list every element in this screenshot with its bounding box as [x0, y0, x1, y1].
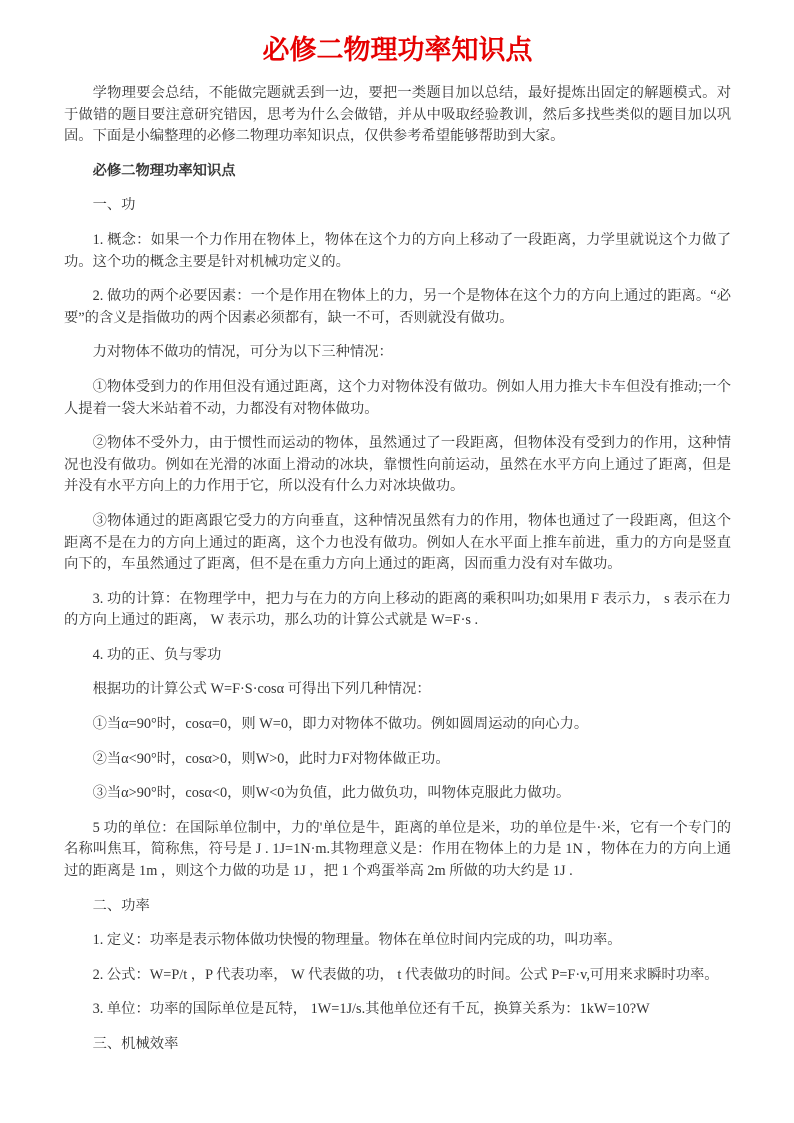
- paragraph-no-work-case-2: ②物体不受外力，由于惯性而运动的物体，虽然通过了一段距离，但物体没有受到力的作用…: [64, 433, 731, 498]
- heading-section-1-work: 一、功: [64, 195, 731, 217]
- paragraph-case-alpha-lt-90: ②当α<90°时，cosα>0，则W>0，此时力F对物体做正功。: [64, 749, 731, 771]
- paragraph-work-calculation: 3. 功的计算：在物理学中，把力与在力的方向上移动的距离的乘积叫功;如果用 F …: [64, 589, 731, 632]
- heading-work-positive-negative-zero: 4. 功的正、负与零功: [64, 645, 731, 667]
- paragraph-no-work-case-3: ③物体通过的距离跟它受力的方向垂直，这种情况虽然有力的作用，物体也通过了一段距离…: [64, 511, 731, 576]
- paragraph-power-formula: 2. 公式：W=P/t ，P 代表功率， W 代表做的功， t 代表做功的时间。…: [64, 965, 731, 987]
- paragraph-work-two-factors: 2. 做功的两个必要因素：一个是作用在物体上的力，另一个是物体在这个力的方向上通…: [64, 286, 731, 329]
- paragraph-no-work-intro: 力对物体不做功的情况，可分为以下三种情况：: [64, 342, 731, 364]
- paragraph-work-unit: 5 功的单位：在国际单位制中，力的'单位是牛，距离的单位是米，功的单位是牛·米，…: [64, 818, 731, 883]
- heading-knowledge-points: 必修二物理功率知识点: [64, 161, 731, 183]
- paragraph-case-alpha-gt-90: ③当α>90°时，cosα<0，则W<0为负值，此力做负功，叫物体克服此力做功。: [64, 783, 731, 805]
- document-page: 必修二物理功率知识点 学物理要会总结，不能做完题就丢到一边，要把一类题目加以总结…: [0, 0, 794, 1123]
- paragraph-work-formula-cases: 根据功的计算公式 W=F·S·cosα 可得出下列几种情况：: [64, 679, 731, 701]
- paragraph-intro: 学物理要会总结，不能做完题就丢到一边，要把一类题目加以总结，最好提炼出固定的解题…: [64, 83, 731, 148]
- paragraph-power-unit: 3. 单位：功率的国际单位是瓦特， 1W=1J/s.其他单位还有千瓦，换算关系为…: [64, 999, 731, 1021]
- paragraph-case-alpha-eq-90: ①当α=90°时，cosα=0，则 W=0，即力对物体不做功。例如圆周运动的向心…: [64, 714, 731, 736]
- heading-section-2-power: 二、功率: [64, 896, 731, 918]
- page-title: 必修二物理功率知识点: [64, 32, 731, 68]
- paragraph-work-concept: 1. 概念：如果一个力作用在物体上，物体在这个力的方向上移动了一段距离，力学里就…: [64, 230, 731, 273]
- heading-section-3-mechanical-efficiency: 三、机械效率: [64, 1034, 731, 1056]
- paragraph-power-definition: 1. 定义：功率是表示物体做功快慢的物理量。物体在单位时间内完成的功，叫功率。: [64, 930, 731, 952]
- paragraph-no-work-case-1: ①物体受到力的作用但没有通过距离，这个力对物体没有做功。例如人用力推大卡车但没有…: [64, 377, 731, 420]
